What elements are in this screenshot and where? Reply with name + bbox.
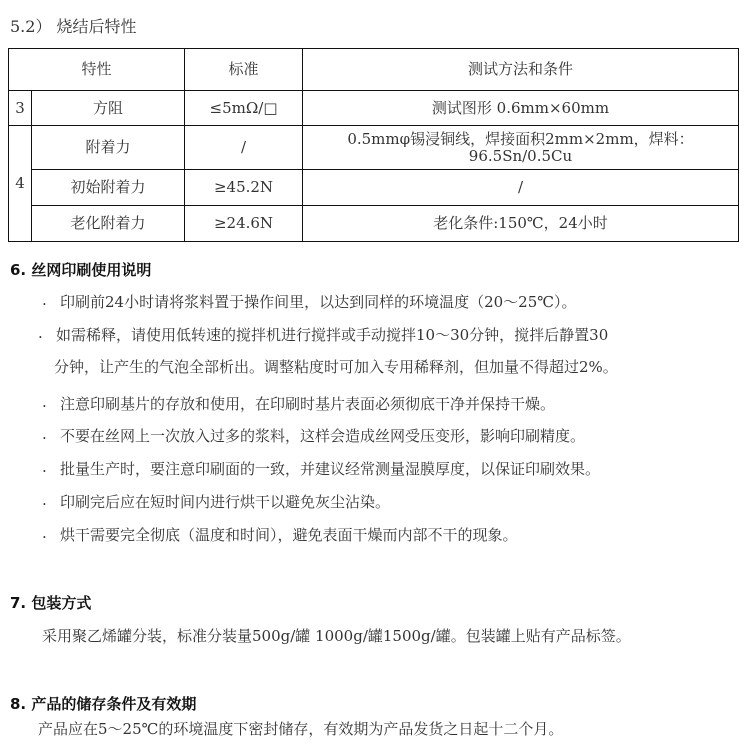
properties-table: 特性 标准 测试方法和条件 3 方阻 ≤5mΩ/□ 测试图形 0.6mm×60m… <box>8 48 739 242</box>
method-line: 96.5Sn/0.5Cu <box>303 148 738 165</box>
bullet-mark: . <box>42 458 47 476</box>
method-cell: 测试图形 0.6mm×60mm <box>303 91 739 126</box>
method-cell: 老化条件:150℃，24小时 <box>303 206 739 242</box>
standard-cell: ≥45.2N <box>185 170 303 206</box>
row-number: 3 <box>9 91 32 126</box>
property-cell: 初始附着力 <box>32 170 185 206</box>
property-cell: 老化附着力 <box>32 206 185 242</box>
table-row: 4 附着力 / 0.5mmφ锡浸铜线，焊接面积2mm×2mm，焊料： 96.5S… <box>9 126 739 170</box>
section-8-title: 8. 产品的储存条件及有效期 <box>10 693 196 714</box>
bullet-mark: . <box>42 491 47 509</box>
section-7-title: 7. 包装方式 <box>10 592 91 613</box>
list-item: .印刷前24小时请将浆料置于操作间里，以达到同样的环境温度（20～25℃）。 <box>60 291 577 312</box>
table-header-row: 特性 标准 测试方法和条件 <box>9 49 739 91</box>
subsection-heading: 5.2） 烧结后特性 <box>10 14 137 37</box>
standard-cell: ≥24.6N <box>185 206 303 242</box>
list-item: .如需稀释，请使用低转速的搅拌机进行搅拌或手动搅拌10～30分钟，搅拌后静置30 <box>56 324 608 345</box>
bullet-mark: . <box>42 291 47 309</box>
table-row: 3 方阻 ≤5mΩ/□ 测试图形 0.6mm×60mm <box>9 91 739 126</box>
table-row: 初始附着力 ≥45.2N / <box>9 170 739 206</box>
list-item: .烘干需要完全彻底（温度和时间），避免表面干燥而内部不干的现象。 <box>60 524 518 545</box>
packaging-text: 采用聚乙烯罐分装，标准分装量500g/罐 1000g/罐1500g/罐。包装罐上… <box>42 625 631 646</box>
row-number: 4 <box>9 126 32 242</box>
method-cell: / <box>303 170 739 206</box>
list-item: .注意印刷基片的存放和使用，在印刷时基片表面必须彻底干净并保持干燥。 <box>60 393 555 414</box>
property-cell: 附着力 <box>32 126 185 170</box>
standard-cell: ≤5mΩ/□ <box>185 91 303 126</box>
method-cell: 0.5mmφ锡浸铜线，焊接面积2mm×2mm，焊料： 96.5Sn/0.5Cu <box>303 126 739 170</box>
bullet-mark: . <box>38 324 43 342</box>
storage-text: 产品应在5～25℃的环境温度下密封储存，有效期为产品发货之日起十二个月。 <box>38 718 563 739</box>
header-property: 特性 <box>9 49 185 91</box>
bullet-mark: . <box>42 524 47 542</box>
header-standard: 标准 <box>185 49 303 91</box>
method-line: 0.5mmφ锡浸铜线，焊接面积2mm×2mm，焊料： <box>303 131 738 148</box>
property-cell: 方阻 <box>32 91 185 126</box>
list-item: .不要在丝网上一次放入过多的浆料，这样会造成丝网受压变形，影响印刷精度。 <box>60 425 585 446</box>
list-item: .印刷完后应在短时间内进行烘干以避免灰尘沾染。 <box>60 491 390 512</box>
standard-cell: / <box>185 126 303 170</box>
bullet-mark: . <box>42 425 47 443</box>
list-item: .批量生产时，要注意印刷面的一致，并建议经常测量湿膜厚度，以保证印刷效果。 <box>60 458 600 479</box>
section-6-title: 6. 丝网印刷使用说明 <box>10 259 151 280</box>
table-row: 老化附着力 ≥24.6N 老化条件:150℃，24小时 <box>9 206 739 242</box>
list-item-continuation: 分钟，让产生的气泡全部析出。调整粘度时可加入专用稀释剂，但加量不得超过2%。 <box>54 356 618 377</box>
header-method: 测试方法和条件 <box>303 49 739 91</box>
bullet-mark: . <box>42 393 47 411</box>
